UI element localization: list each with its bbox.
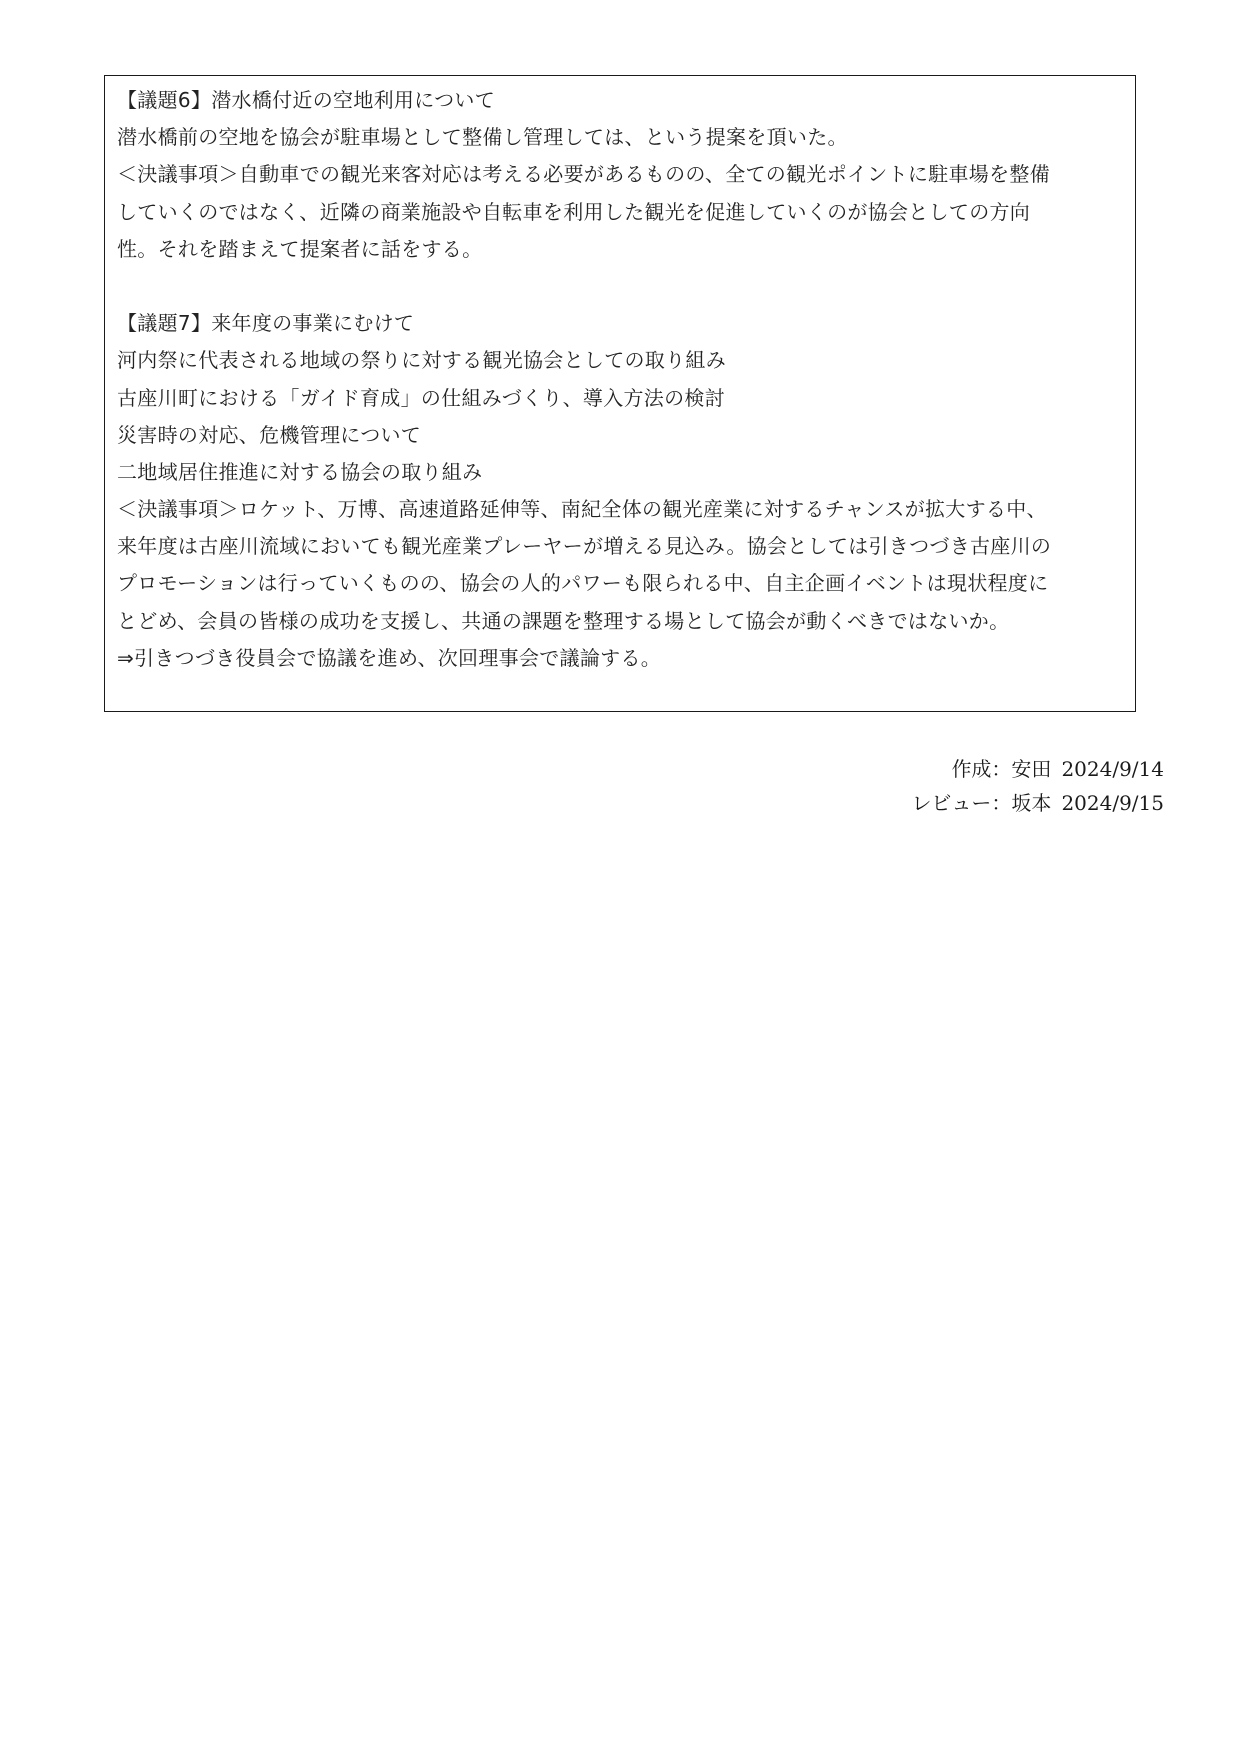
reviewer-date: 2024/9/15 [1061, 791, 1164, 815]
author-date: 2024/9/14 [1061, 757, 1164, 781]
agenda-6-resolution-line: していくのではなく、近隣の商業施設や自転車を利用した観光を促進していくのが協会と… [117, 194, 1135, 231]
author-label: 作成：安田 [951, 757, 1051, 781]
author-row: 作成：安田2024/9/14 [911, 752, 1164, 786]
reviewer-label: レビュー：坂本 [911, 791, 1051, 815]
agenda-7-next-step: ⇒引きつづき役員会で協議を進め、次回理事会で議論する。 [117, 640, 1135, 677]
document-page: 【議題6】潜水橋付近の空地利用について 潜水橋前の空地を協会が駐車場として整備し… [0, 0, 1240, 1754]
agenda-7-resolution-line: 来年度は古座川流域においても観光産業プレーヤーが増える見込み。協会としては引きつ… [117, 528, 1135, 565]
agenda-6-heading: 【議題6】潜水橋付近の空地利用について [117, 82, 1135, 119]
blank-spacer [117, 268, 1135, 305]
agenda-7-item: 災害時の対応、危機管理について [117, 417, 1135, 454]
agenda-7-resolution-line: ＜決議事項＞ロケット、万博、高速道路延伸等、南紀全体の観光産業に対するチャンスが… [117, 491, 1135, 528]
agenda-7-item: 河内祭に代表される地域の祭りに対する観光協会としての取り組み [117, 342, 1135, 379]
reviewer-row: レビュー：坂本2024/9/15 [911, 786, 1164, 820]
agenda-7-item: 古座川町における「ガイド育成」の仕組みづくり、導入方法の検討 [117, 380, 1135, 417]
agenda-6-resolution-line: 性。それを踏まえて提案者に話をする。 [117, 231, 1135, 268]
agenda-7-heading: 【議題7】来年度の事業にむけて [117, 305, 1135, 342]
agenda-6-resolution-line: ＜決議事項＞自動車での観光来客対応は考える必要があるものの、全ての観光ポイントに… [117, 156, 1135, 193]
meeting-minutes-box: 【議題6】潜水橋付近の空地利用について 潜水橋前の空地を協会が駐車場として整備し… [104, 75, 1136, 712]
agenda-7-item: 二地域居住推進に対する協会の取り組み [117, 454, 1135, 491]
agenda-6-line: 潜水橋前の空地を協会が駐車場として整備し管理しては、という提案を頂いた。 [117, 119, 1135, 156]
signoff-block: 作成：安田2024/9/14 レビュー：坂本2024/9/15 [911, 752, 1164, 820]
agenda-7-resolution-line: プロモーションは行っていくものの、協会の人的パワーも限られる中、自主企画イベント… [117, 565, 1135, 602]
agenda-7-resolution-line: とどめ、会員の皆様の成功を支援し、共通の課題を整理する場として協会が動くべきでは… [117, 603, 1135, 640]
